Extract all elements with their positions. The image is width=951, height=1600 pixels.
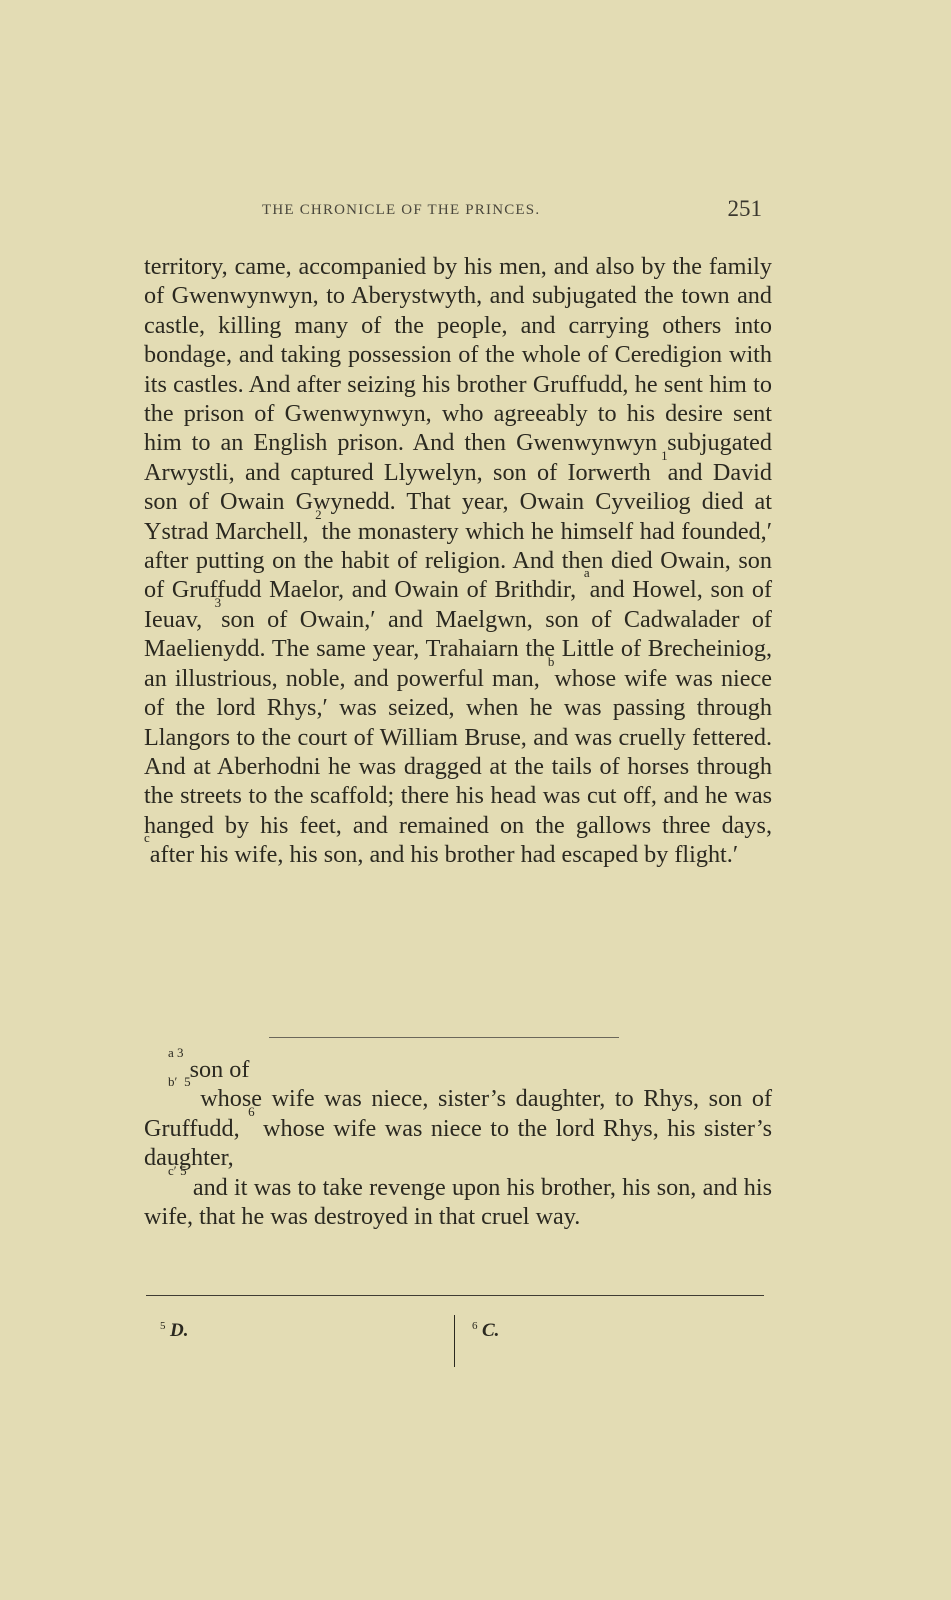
page-number: 251 [728, 196, 763, 222]
column-divider [454, 1315, 455, 1367]
variant-ref: b [548, 654, 555, 669]
variant-siglum: C. [482, 1320, 499, 1341]
footnote-ref: 1 [661, 448, 668, 463]
note-b: b′ 5 whose wife was niece, sister’s daug… [144, 1084, 772, 1172]
note-text: son of [190, 1056, 250, 1083]
variant-ref: a [584, 565, 590, 580]
note-c: c′ 5 and it was to take revenge upon his… [144, 1173, 772, 1232]
manuscript-variants: 5 D. 6 C. [160, 1320, 760, 1380]
note-text: and it was to take revenge upon his brot… [144, 1174, 772, 1230]
note-marker: b′ 5 [168, 1074, 191, 1089]
main-paragraph: territory, came, accompanied by his men,… [144, 252, 772, 870]
variant-ref: c [144, 830, 150, 845]
footnote-ref: 3 [215, 595, 222, 610]
note-marker: 6 [248, 1104, 255, 1119]
variant-right: 6 C. [472, 1320, 499, 1342]
book-page: THE CHRONICLE OF THE PRINCES. 251 territ… [0, 0, 951, 1600]
variant-notes: a 3 son of b′ 5 whose wife was niece, si… [144, 1055, 772, 1231]
note-a: a 3 son of [144, 1055, 772, 1084]
variant-siglum: D. [170, 1320, 188, 1341]
variant-left: 5 D. [160, 1320, 188, 1342]
running-title: THE CHRONICLE OF THE PRINCES. [262, 202, 540, 219]
footnote-divider [146, 1295, 764, 1296]
variant-number: 6 [472, 1320, 478, 1332]
note-marker: a 3 [168, 1045, 184, 1060]
text-run: territory, came, accompanied by his men,… [144, 253, 772, 486]
text-run: after his wife, his son, and his brother… [150, 841, 738, 868]
variant-number: 5 [160, 1320, 166, 1332]
running-head: THE CHRONICLE OF THE PRINCES. 251 [262, 196, 762, 222]
footnote-ref: 2 [315, 507, 322, 522]
note-marker: c′ 5 [168, 1163, 187, 1178]
main-text: territory, came, accompanied by his men,… [144, 252, 772, 870]
notes-divider [269, 1037, 619, 1038]
